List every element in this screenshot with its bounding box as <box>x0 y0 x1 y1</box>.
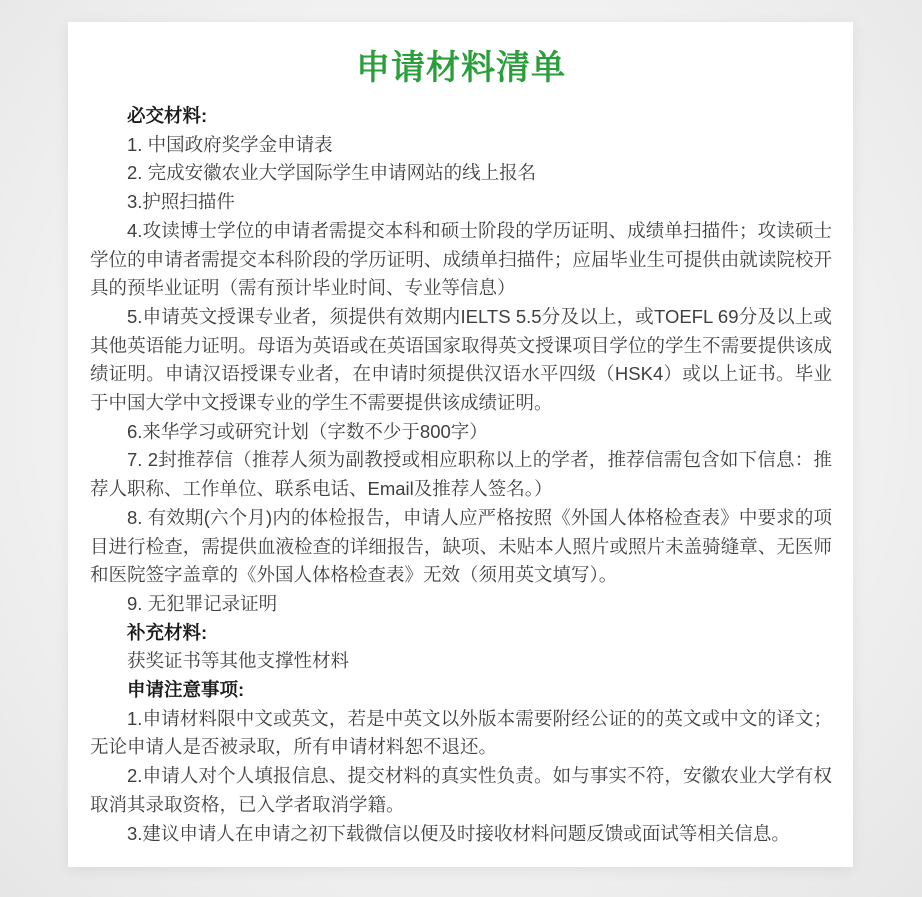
list-item: 1.申请材料限中文或英文，若是中英文以外版本需要附经公证的的英文或中文的译文；无… <box>90 705 832 762</box>
page-title: 申请材料清单 <box>90 48 832 88</box>
section-heading-supplementary-materials: 补充材料: <box>90 619 832 648</box>
list-item: 5.申请英文授课专业者，须提供有效期内IELTS 5.5分及以上，或TOEFL … <box>90 303 832 418</box>
document-card: 申请材料清单 必交材料: 1. 中国政府奖学金申请表 2. 完成安徽农业大学国际… <box>68 22 853 867</box>
list-item: 获奖证书等其他支撑性材料 <box>90 647 832 676</box>
list-item: 1. 中国政府奖学金申请表 <box>90 131 832 160</box>
list-item: 8. 有效期(六个月)内的体检报告，申请人应严格按照《外国人体格检查表》中要求的… <box>90 504 832 590</box>
list-item: 3.建议申请人在申请之初下载微信以便及时接收材料问题反馈或面试等相关信息。 <box>90 820 832 849</box>
section-heading-application-notes: 申请注意事项: <box>90 676 832 705</box>
list-item: 4.攻读博士学位的申请者需提交本科和硕士阶段的学历证明、成绩单扫描件；攻读硕士学… <box>90 217 832 303</box>
list-item: 3.护照扫描件 <box>90 188 832 217</box>
document-body: 必交材料: 1. 中国政府奖学金申请表 2. 完成安徽农业大学国际学生申请网站的… <box>90 102 832 848</box>
list-item: 9. 无犯罪记录证明 <box>90 590 832 619</box>
list-item: 7. 2封推荐信（推荐人须为副教授或相应职称以上的学者，推荐信需包含如下信息：推… <box>90 446 832 503</box>
section-heading-required-materials: 必交材料: <box>90 102 832 131</box>
list-item: 2.申请人对个人填报信息、提交材料的真实性负责。如与事实不符，安徽农业大学有权取… <box>90 762 832 819</box>
list-item: 6.来华学习或研究计划（字数不少于800字） <box>90 418 832 447</box>
list-item: 2. 完成安徽农业大学国际学生申请网站的线上报名 <box>90 159 832 188</box>
